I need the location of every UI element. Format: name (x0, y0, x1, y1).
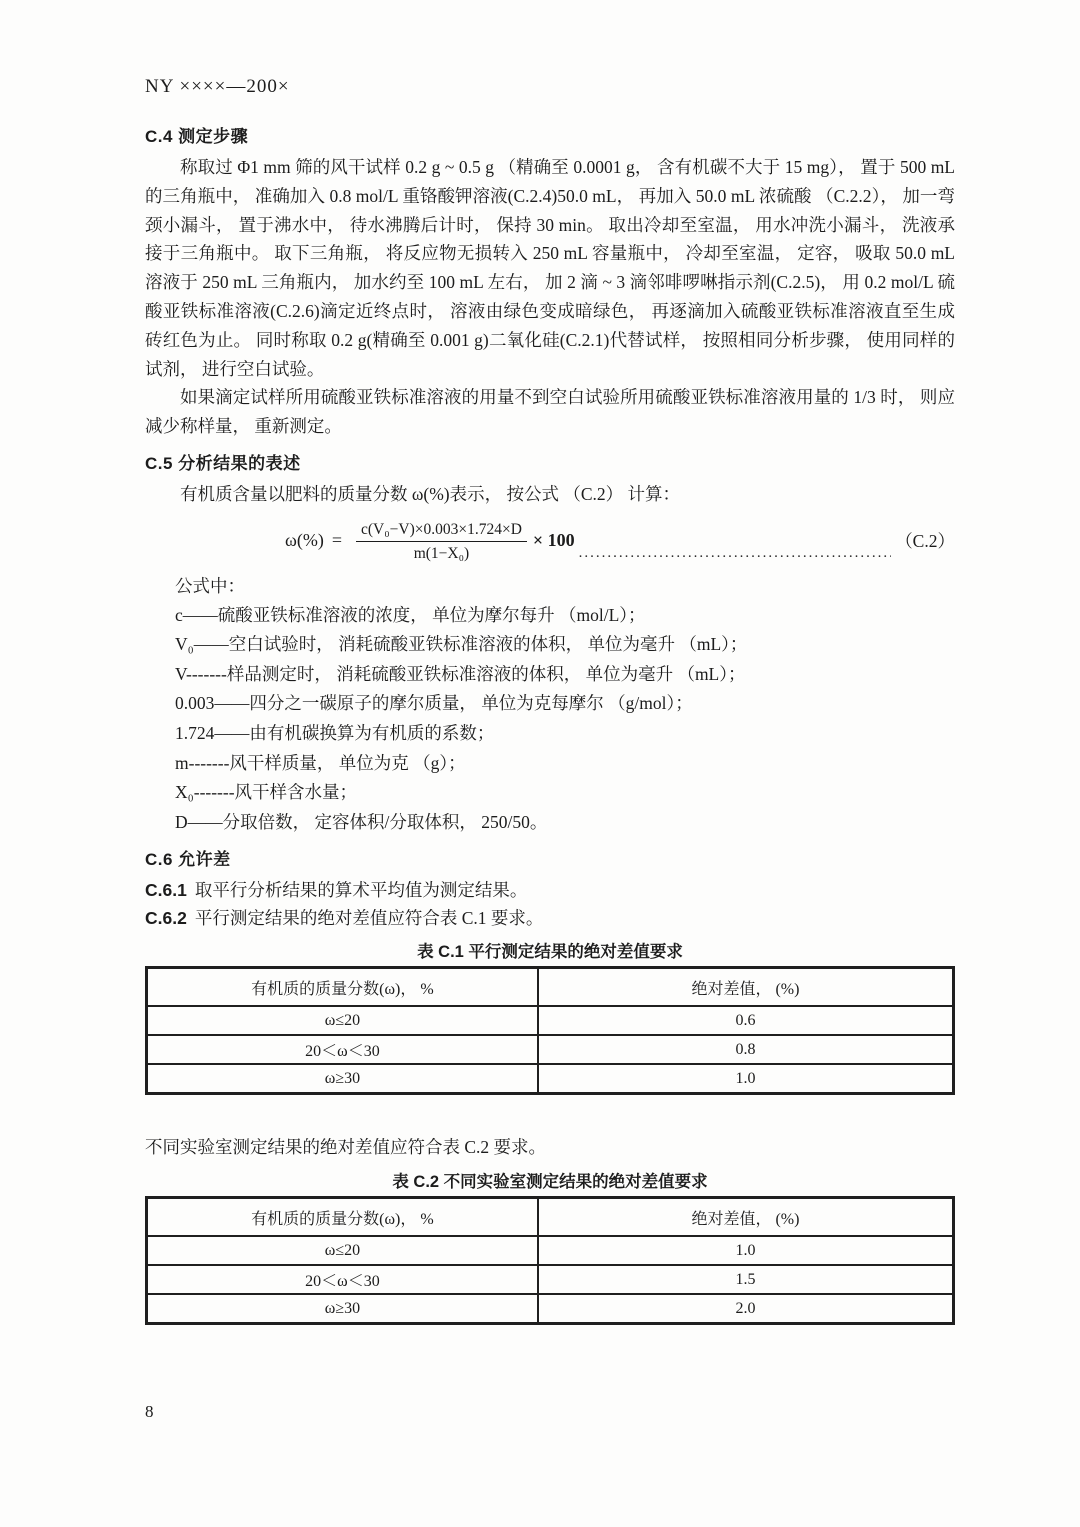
definition-v0: V₀——空白试验时， 消耗硫酸亚铁标准溶液的体积， 单位为毫升 （mL）； (175, 630, 955, 660)
clause-c61: C.6.1取平行分析结果的算术平均值为测定结果。 (145, 876, 955, 904)
table-c1-row1-range: ω≤20 (147, 1006, 538, 1035)
table-c1-caption: 表 C.1 平行测定结果的绝对差值要求 (145, 938, 955, 962)
clause-c62-text: 平行测定结果的绝对差值应符合表 C.1 要求。 (195, 908, 544, 928)
formula-where-label: 公式中： (175, 572, 955, 601)
table-c2-row3-range: ω≥30 (147, 1294, 538, 1324)
formula-equation-number: （C.2） (895, 532, 955, 551)
definition-v: V-------样品测定时， 消耗硫酸亚铁标准溶液的体积， 单位为毫升 （mL）… (175, 660, 955, 690)
definition-d: D——分取倍数， 定容体积/分取体积， 250/50。 (175, 808, 955, 838)
clause-c61-number: C.6.1 (145, 880, 187, 900)
clause-c62: C.6.2平行测定结果的绝对差值应符合表 C.1 要求。 (145, 904, 955, 932)
section-c5-heading: C.5 分析结果的表述 (145, 449, 955, 474)
table-c1-row2-range: 20＜ω＜30 (147, 1035, 538, 1064)
doc-header-standard-number: NY ××××—200× (145, 76, 955, 98)
c6-between-tables-text: 不同实验室测定结果的绝对差值应符合表 C.2 要求。 (145, 1133, 955, 1162)
formula-multiplier: × 100 (533, 531, 575, 551)
definition-m: m-------风干样质量， 单位为克 （g）； (175, 749, 955, 779)
table-c2: 有机质的质量分数(ω)， % 绝对差值， (%) ω≤20 1.0 20＜ω＜3… (145, 1196, 955, 1325)
table-c2-row3-value: 2.0 (538, 1294, 954, 1324)
c4-paragraph-retest-note: 如果滴定试样所用硫酸亚铁标准溶液的用量不到空白试验所用硫酸亚铁标准溶液用量的 1… (145, 383, 955, 441)
table-c1-row2-value: 0.8 (538, 1035, 954, 1064)
table-c2-row2-range: 20＜ω＜30 (147, 1265, 538, 1294)
formula-dot-leader: ........................................… (579, 545, 892, 562)
formula-equals-sign: = (332, 531, 342, 551)
formula-lhs: ω(%) (285, 531, 324, 551)
table-c2-row1-range: ω≤20 (147, 1236, 538, 1265)
formula-c2: ω(%) = c(V₀−V)×0.003×1.724×D m(1−X₀) × 1… (285, 521, 955, 562)
table-c1-row1-value: 0.6 (538, 1006, 954, 1035)
table-c2-row1-value: 1.0 (538, 1236, 954, 1265)
formula-denominator: m(1−X₀) (414, 542, 469, 562)
table-row: ω≥30 2.0 (147, 1294, 954, 1324)
table-c1: 有机质的质量分数(ω)， % 绝对差值， (%) ω≤20 0.6 20＜ω＜3… (145, 966, 955, 1095)
section-c6-heading: C.6 允许差 (145, 845, 955, 870)
table-c1-col2-header: 绝对差值， (%) (538, 968, 954, 1007)
table-c2-col1-header: 有机质的质量分数(ω)， % (147, 1198, 538, 1237)
vertical-spacer (145, 1095, 955, 1133)
table-c2-row2-value: 1.5 (538, 1265, 954, 1294)
definition-1724: 1.724——由有机碳换算为有机质的系数； (175, 719, 955, 749)
page-number: 8 (145, 1402, 154, 1422)
table-c1-header-row: 有机质的质量分数(ω)， % 绝对差值， (%) (147, 968, 954, 1007)
table-row: ω≥30 1.0 (147, 1064, 954, 1094)
formula-numerator: c(V₀−V)×0.003×1.724×D (356, 521, 527, 542)
table-row: ω≤20 0.6 (147, 1006, 954, 1035)
definition-0003: 0.003——四分之一碳原子的摩尔质量， 单位为克每摩尔 （g/mol）； (175, 689, 955, 719)
table-c1-row3-range: ω≥30 (147, 1064, 538, 1094)
formula-symbol-definitions: c——硫酸亚铁标准溶液的浓度， 单位为摩尔每升 （mol/L）； V₀——空白试… (145, 601, 955, 838)
definition-c: c——硫酸亚铁标准溶液的浓度， 单位为摩尔每升 （mol/L）； (175, 601, 955, 631)
table-c2-header-row: 有机质的质量分数(ω)， % 绝对差值， (%) (147, 1198, 954, 1237)
table-row: 20＜ω＜30 0.8 (147, 1035, 954, 1064)
table-row: 20＜ω＜30 1.5 (147, 1265, 954, 1294)
clause-c61-text: 取平行分析结果的算术平均值为测定结果。 (195, 880, 528, 900)
table-c1-col1-header: 有机质的质量分数(ω)， % (147, 968, 538, 1007)
table-c2-caption: 表 C.2 不同实验室测定结果的绝对差值要求 (145, 1168, 955, 1192)
clause-c62-number: C.6.2 (145, 908, 187, 928)
c4-paragraph-procedure: 称取过 Φ1 mm 筛的风干试样 0.2 g ~ 0.5 g （精确至 0.00… (145, 153, 955, 383)
table-c1-row3-value: 1.0 (538, 1064, 954, 1094)
definition-x0: X₀-------风干样含水量； (175, 778, 955, 808)
document-page: NY ××××—200× C.4 测定步骤 称取过 Φ1 mm 筛的风干试样 0… (0, 0, 1080, 1527)
table-row: ω≤20 1.0 (147, 1236, 954, 1265)
section-c4-heading: C.4 测定步骤 (145, 122, 955, 147)
c5-intro-text: 有机质含量以肥料的质量分数 ω(%)表示， 按公式 （C.2） 计算： (145, 480, 955, 509)
formula-fraction: c(V₀−V)×0.003×1.724×D m(1−X₀) (356, 521, 527, 562)
table-c2-col2-header: 绝对差值， (%) (538, 1198, 954, 1237)
